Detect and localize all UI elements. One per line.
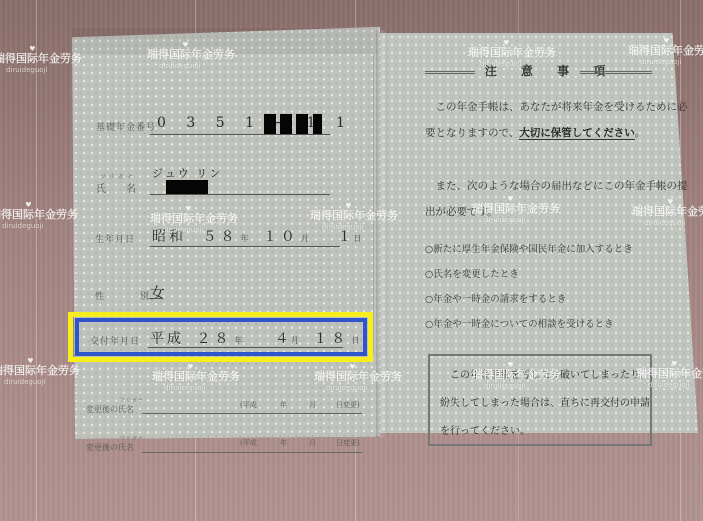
issue-year: ２８ — [196, 331, 232, 347]
watermark-text: 瑞得国际年金劳务 — [310, 209, 398, 222]
name-change-year-unit: 年 — [280, 400, 287, 410]
issue-day: １８ — [313, 331, 349, 347]
watermark: ♥ 瑞得国际年金劳务 diruideguoji — [472, 200, 560, 224]
gender-label: 性 別 — [95, 289, 155, 302]
watermark-text: 瑞得国际年金劳务 — [0, 208, 78, 221]
name-change-label: 変更後の氏名 — [86, 404, 134, 415]
watermark-subtext: diruideguoji — [164, 384, 240, 392]
name-label: 氏 名 — [96, 180, 136, 195]
watermark: ♥ 瑞得国际年金劳务 diruideguoji — [636, 365, 703, 389]
watermark: ♥ 瑞得国际年金劳务 diruideguoji — [468, 44, 556, 68]
watermark-text: 瑞得国际年金劳务 — [152, 370, 240, 383]
watermark: ♥ 瑞得国际年金劳务 diruideguoji — [150, 210, 238, 234]
birth-date-label: 生年月日 — [95, 232, 135, 245]
name-redaction — [166, 180, 208, 194]
birth-date-underline — [150, 246, 340, 247]
watermark-subtext: diruideguoji — [644, 219, 703, 227]
watermark-text: 瑞得国际年金劳务 — [628, 44, 703, 57]
watermark: ♥ 瑞得国际年金劳务 diruideguoji — [472, 366, 560, 390]
paragraph-1-emphasis: 大切に保管してください — [519, 127, 635, 140]
watermark-subtext: diruideguoji — [480, 60, 556, 68]
table-seam — [36, 0, 37, 521]
left-page-frame — [80, 54, 374, 354]
heart-icon: ♥ — [25, 201, 31, 209]
watermark-subtext: diruideguoji — [6, 66, 82, 74]
watermark-text: 瑞得国际年金劳务 — [636, 367, 703, 380]
watermark-subtext: diruideguoji — [162, 226, 238, 234]
heart-icon: ♥ — [29, 45, 35, 53]
month-unit: 月 — [291, 336, 299, 345]
watermark-text: 瑞得国际年金劳务 — [632, 205, 703, 218]
notes-bullet: ○氏名を変更したとき — [425, 266, 519, 280]
gender-underline — [149, 298, 163, 299]
watermark: ♥ 瑞得国际年金劳务 diruideguoji — [0, 50, 82, 74]
name-change-label: 変更後の氏名 — [86, 442, 134, 453]
name-change-furigana-label: フリガナ — [120, 397, 144, 404]
redaction-block — [264, 114, 276, 134]
watermark-subtext: diruideguoji — [484, 216, 560, 224]
issue-date-underline — [148, 347, 343, 348]
watermark: ♥ 瑞得国际年金劳务 diruideguoji — [310, 207, 398, 231]
watermark: ♥ 瑞得国际年金劳务 diruideguoji — [0, 362, 80, 386]
heart-icon: ♥ — [663, 37, 669, 45]
watermark-text: 瑞得国际年金劳务 — [0, 364, 80, 377]
heart-icon: ♥ — [507, 361, 513, 369]
notes-bullet: ○新たに厚生年金保険や国民年金に加入するとき — [425, 241, 633, 255]
heart-icon: ♥ — [187, 363, 193, 371]
birth-day: １ — [337, 229, 351, 245]
notes-bullet: ○年金や一時金についての相談を受けるとき — [425, 316, 614, 330]
watermark-subtext: diruideguoji — [640, 58, 703, 66]
day-unit: 日 — [351, 336, 359, 345]
name-furigana-value: ジュウ リン — [152, 165, 222, 181]
pension-number-value: 0 3 5 1 − 1 1 — [157, 115, 353, 131]
name-change-era: (平成 — [240, 400, 257, 410]
heart-icon: ♥ — [345, 202, 351, 210]
watermark-text: 瑞得国际年金劳务 — [468, 46, 556, 59]
heart-icon: ♥ — [185, 205, 191, 213]
issue-month: ４ — [275, 331, 289, 347]
watermark-text: 瑞得国际年金劳务 — [472, 202, 560, 215]
issue-date-value: 平成 ２８年 ４月 １８日 — [150, 328, 369, 348]
gender-value: 女 — [150, 282, 173, 303]
notes-bullet: ○年金や一時金の請求をするとき — [425, 291, 566, 305]
watermark-text: 瑞得国际年金劳务 — [314, 370, 402, 383]
redaction-block — [296, 114, 308, 134]
redaction-block — [280, 114, 292, 134]
birth-month: １０ — [263, 229, 299, 245]
name-change-day-suffix: 日変更) — [336, 400, 360, 410]
name-underline — [150, 194, 330, 195]
redaction-block — [313, 114, 322, 134]
year-unit: 年 — [234, 336, 242, 345]
paragraph-1-suffix: 。 — [635, 127, 646, 139]
heart-icon: ♥ — [27, 357, 33, 365]
name-change-underline — [142, 413, 362, 414]
watermark-subtext: diruideguoji — [159, 62, 235, 70]
day-unit: 日 — [353, 234, 361, 243]
heart-icon: ♥ — [349, 363, 355, 371]
pension-number-label: 基礎年金番号 — [96, 120, 156, 133]
heading-rule-right — [580, 71, 652, 74]
month-unit: 月 — [301, 234, 309, 243]
watermark-subtext: diruideguoji — [322, 223, 398, 231]
watermark-subtext: diruideguoji — [326, 384, 402, 392]
watermark-text: 瑞得国际年金劳务 — [0, 52, 82, 65]
heart-icon: ♥ — [671, 360, 677, 368]
watermark: ♥ 瑞得国际年金劳务 diruideguoji — [152, 368, 240, 392]
year-unit: 年 — [240, 234, 248, 243]
watermark-subtext: diruideguoji — [484, 382, 560, 390]
name-change-day-suffix: 日変更) — [336, 438, 360, 448]
name-change-month-unit: 月 — [309, 438, 316, 448]
issue-era: 平成 — [150, 331, 184, 347]
watermark-subtext: diruideguoji — [648, 381, 703, 389]
name-change-underline — [142, 452, 362, 453]
heart-icon: ♥ — [503, 39, 509, 47]
watermark-subtext: diruideguoji — [4, 378, 80, 386]
watermark: ♥ 瑞得国际年金劳务 diruideguoji — [632, 203, 703, 227]
name-change-year-unit: 年 — [280, 438, 287, 448]
watermark-text: 瑞得国际年金劳务 — [147, 48, 235, 61]
watermark: ♥ 瑞得国际年金劳务 diruideguoji — [314, 368, 402, 392]
heart-icon: ♥ — [507, 195, 513, 203]
notes-paragraph-1: この年金手帳は、あなたが将来年金を受けるために必要となりますので、大切に保管して… — [425, 94, 695, 146]
pension-number-underline — [150, 134, 330, 135]
watermark: ♥ 瑞得国际年金劳务 diruideguoji — [628, 42, 703, 66]
watermark-text: 瑞得国际年金劳务 — [472, 368, 560, 381]
name-change-furigana-label: フリガナ — [120, 435, 144, 442]
issue-date-label: 交付年月日 — [90, 334, 140, 347]
heart-icon: ♥ — [182, 41, 188, 49]
watermark-subtext: diruideguoji — [2, 222, 78, 230]
name-change-era: (平成 — [240, 438, 257, 448]
watermark: ♥ 瑞得国际年金劳务 diruideguoji — [0, 206, 78, 230]
heart-icon: ♥ — [667, 198, 673, 206]
watermark: ♥ 瑞得国际年金劳务 diruideguoji — [147, 46, 235, 70]
watermark-text: 瑞得国际年金劳务 — [150, 212, 238, 225]
name-change-month-unit: 月 — [309, 400, 316, 410]
